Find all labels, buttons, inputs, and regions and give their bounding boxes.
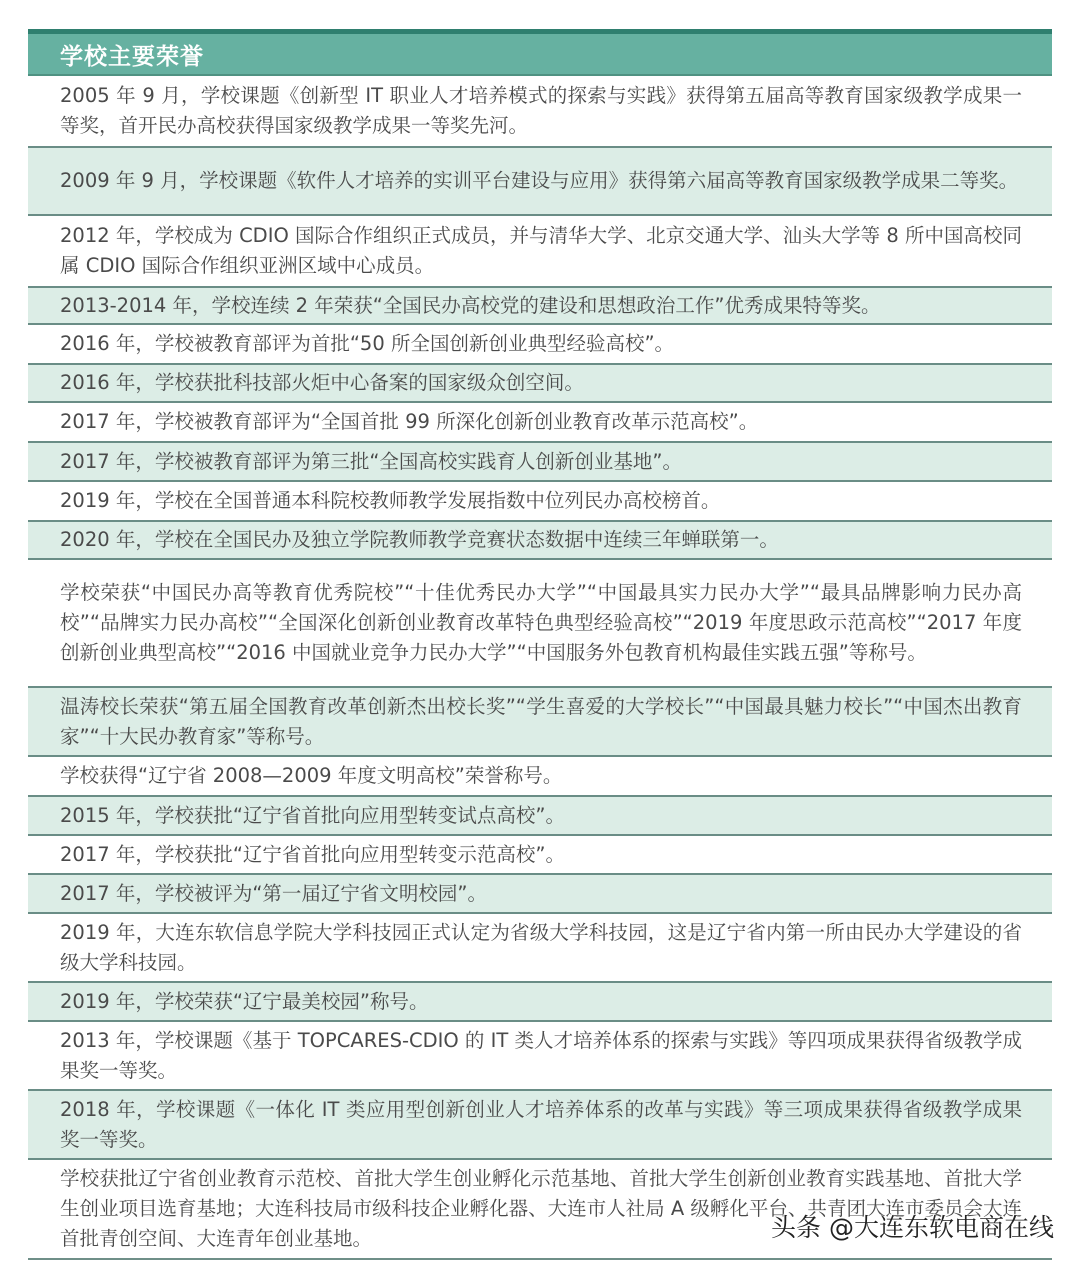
table-row: 2016 年，学校获批科技部火炬中心备案的国家级众创空间。 [28, 363, 1052, 401]
table-row: 2019 年，学校荣获“辽宁最美校园”称号。 [28, 981, 1052, 1020]
row-text: 2017 年，学校被教育部评为“全国首批 99 所深化创新创业教育改革示范高校”… [60, 407, 1022, 437]
table-row: 2015 年，学校获批“辽宁省首批向应用型转变试点高校”。 [28, 795, 1052, 834]
row-text: 2019 年，大连东软信息学院大学科技园正式认定为省级大学科技园，这是辽宁省内第… [60, 918, 1022, 978]
table-row: 温涛校长荣获“第五届全国教育改革创新杰出校长奖”“学生喜爱的大学校长”“中国最具… [28, 686, 1052, 755]
table-row: 2020 年，学校在全国民办及独立学院教师教学竞赛状态数据中连续三年蝉联第一。 [28, 520, 1052, 558]
table-row: 2019 年，学校在全国普通本科院校教师教学发展指数中位列民办高校榜首。 [28, 480, 1052, 520]
row-text: 学校荣获“中国民办高等教育优秀院校”“十佳优秀民办大学”“中国最具实力民办大学”… [60, 578, 1022, 668]
watermark: 头条 @大连东软电商在线 [771, 1208, 1054, 1244]
table-row: 学校获得“辽宁省 2008—2009 年度文明高校”荣誉称号。 [28, 755, 1052, 795]
row-text: 2012 年，学校成为 CDIO 国际合作组织正式成员，并与清华大学、北京交通大… [60, 221, 1022, 281]
table-title: 学校主要荣誉 [60, 38, 204, 71]
table-row: 2017 年，学校被教育部评为“全国首批 99 所深化创新创业教育改革示范高校”… [28, 401, 1052, 441]
row-text: 2020 年，学校在全国民办及独立学院教师教学竞赛状态数据中连续三年蝉联第一。 [60, 525, 1022, 555]
row-text: 学校获得“辽宁省 2008—2009 年度文明高校”荣誉称号。 [60, 761, 1022, 791]
row-text: 温涛校长荣获“第五届全国教育改革创新杰出校长奖”“学生喜爱的大学校长”“中国最具… [60, 692, 1022, 752]
table-row: 2013-2014 年，学校连续 2 年荣获“全国民办高校党的建设和思想政治工作… [28, 286, 1052, 323]
table-row: 2013 年，学校课题《基于 TOPCARES-CDIO 的 IT 类人才培养体… [28, 1020, 1052, 1089]
honors-table: 学校主要荣誉 2005 年 9 月，学校课题《创新型 IT 职业人才培养模式的探… [28, 29, 1052, 1260]
row-text: 2016 年，学校被教育部评为首批“50 所全国创新创业典型经验高校”。 [60, 329, 1022, 359]
table-row: 2016 年，学校被教育部评为首批“50 所全国创新创业典型经验高校”。 [28, 323, 1052, 363]
row-text: 2009 年 9 月，学校课题《软件人才培养的实训平台建设与应用》获得第六届高等… [60, 166, 1022, 196]
row-text: 2019 年，学校在全国普通本科院校教师教学发展指数中位列民办高校榜首。 [60, 486, 1022, 516]
table-row: 2012 年，学校成为 CDIO 国际合作组织正式成员，并与清华大学、北京交通大… [28, 214, 1052, 286]
row-text: 2017 年，学校被教育部评为第三批“全国高校实践育人创新创业基地”。 [60, 447, 1022, 477]
table-body: 2005 年 9 月，学校课题《创新型 IT 职业人才培养模式的探索与实践》获得… [28, 76, 1052, 1258]
row-text: 2005 年 9 月，学校课题《创新型 IT 职业人才培养模式的探索与实践》获得… [60, 81, 1022, 141]
row-text: 2019 年，学校荣获“辽宁最美校园”称号。 [60, 987, 1022, 1017]
row-text: 2018 年，学校课题《一体化 IT 类应用型创新创业人才培养体系的改革与实践》… [60, 1095, 1022, 1155]
table-row: 2017 年，学校被教育部评为第三批“全国高校实践育人创新创业基地”。 [28, 441, 1052, 480]
table-row: 2019 年，大连东软信息学院大学科技园正式认定为省级大学科技园，这是辽宁省内第… [28, 912, 1052, 981]
row-text: 2017 年，学校获批“辽宁省首批向应用型转变示范高校”。 [60, 840, 1022, 870]
table-row: 2005 年 9 月，学校课题《创新型 IT 职业人才培养模式的探索与实践》获得… [28, 76, 1052, 146]
row-text: 2013 年，学校课题《基于 TOPCARES-CDIO 的 IT 类人才培养体… [60, 1026, 1022, 1086]
table-row: 2009 年 9 月，学校课题《软件人才培养的实训平台建设与应用》获得第六届高等… [28, 146, 1052, 214]
table-row: 2017 年，学校获批“辽宁省首批向应用型转变示范高校”。 [28, 834, 1052, 873]
table-row: 2018 年，学校课题《一体化 IT 类应用型创新创业人才培养体系的改革与实践》… [28, 1089, 1052, 1158]
table-header: 学校主要荣誉 [28, 29, 1052, 76]
table-row: 学校荣获“中国民办高等教育优秀院校”“十佳优秀民办大学”“中国最具实力民办大学”… [28, 558, 1052, 686]
row-text: 2015 年，学校获批“辽宁省首批向应用型转变试点高校”。 [60, 801, 1022, 831]
row-text: 2013-2014 年，学校连续 2 年荣获“全国民办高校党的建设和思想政治工作… [60, 291, 1022, 321]
row-text: 2017 年，学校被评为“第一届辽宁省文明校园”。 [60, 879, 1022, 909]
table-row: 2017 年，学校被评为“第一届辽宁省文明校园”。 [28, 873, 1052, 912]
row-text: 2016 年，学校获批科技部火炬中心备案的国家级众创空间。 [60, 368, 1022, 398]
